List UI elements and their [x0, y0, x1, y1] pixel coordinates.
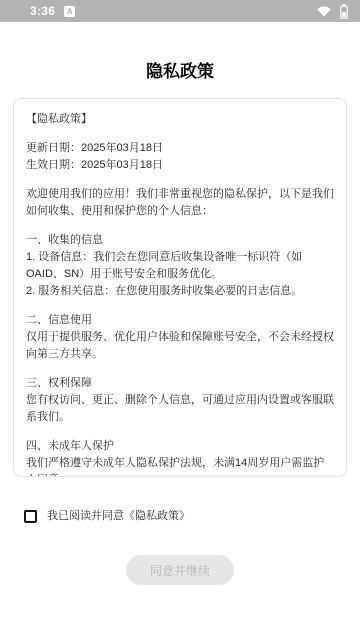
page-title: 隐私政策: [0, 62, 360, 82]
consent-row: 我已阅读并同意《隐私政策》: [24, 508, 360, 525]
consent-label: 我已阅读并同意《隐私政策》: [47, 508, 190, 525]
status-bar: 3:36 A: [0, 0, 360, 22]
consent-checkbox[interactable]: [24, 510, 37, 523]
section-line: 1. 设备信息：我们会在您同意后收集设备唯一标识符（如OAID、SN）用于账号安…: [26, 249, 334, 283]
section-title: 四、未成年人保护: [26, 438, 334, 455]
section-line: 我们严格遵守未成年人隐私保护法规，未满14周岁用户需监护人同意: [26, 455, 334, 477]
section-title: 一、收集的信息: [26, 232, 334, 249]
notification-icon: A: [64, 6, 75, 17]
battery-icon: [340, 4, 348, 19]
policy-section-3: 三、权利保障 您有权访问、更正、删除个人信息，可通过应用内设置或客服联系我们。: [26, 375, 334, 426]
wifi-icon: [317, 6, 331, 17]
policy-dates: 更新日期：2025年03月18日 生效日期：2025年03月18日: [26, 140, 334, 174]
policy-section-4: 四、未成年人保护 我们严格遵守未成年人隐私保护法规，未满14周岁用户需监护人同意: [26, 438, 334, 477]
policy-updated-date: 更新日期：2025年03月18日: [26, 140, 334, 157]
policy-card[interactable]: 【隐私政策】 更新日期：2025年03月18日 生效日期：2025年03月18日…: [13, 98, 347, 477]
policy-section-2: 二、信息使用 仅用于提供服务、优化用户体验和保障账号安全，不会未经授权向第三方共…: [26, 312, 334, 363]
agree-continue-button[interactable]: 同意并继续: [126, 555, 234, 585]
section-line: 2. 服务相关信息：在您使用服务时收集必要的日志信息。: [26, 283, 334, 300]
policy-effective-date: 生效日期：2025年03月18日: [26, 157, 334, 174]
policy-section-1: 一、收集的信息 1. 设备信息：我们会在您同意后收集设备唯一标识符（如OAID、…: [26, 232, 334, 300]
section-line: 您有权访问、更正、删除个人信息，可通过应用内设置或客服联系我们。: [26, 392, 334, 426]
policy-intro: 欢迎使用我们的应用！我们非常重视您的隐私保护，以下是我们如何收集、使用和保护您的…: [26, 186, 334, 220]
section-line: 仅用于提供服务、优化用户体验和保障账号安全，不会未经授权向第三方共享。: [26, 329, 334, 363]
section-title: 三、权利保障: [26, 375, 334, 392]
privacy-policy-screen: 3:36 A 隐私政策 【隐私政策】 更新日期：2025年03月18日 生效日期…: [0, 0, 360, 640]
policy-heading: 【隐私政策】: [26, 111, 334, 128]
section-title: 二、信息使用: [26, 312, 334, 329]
status-time: 3:36: [30, 4, 55, 18]
